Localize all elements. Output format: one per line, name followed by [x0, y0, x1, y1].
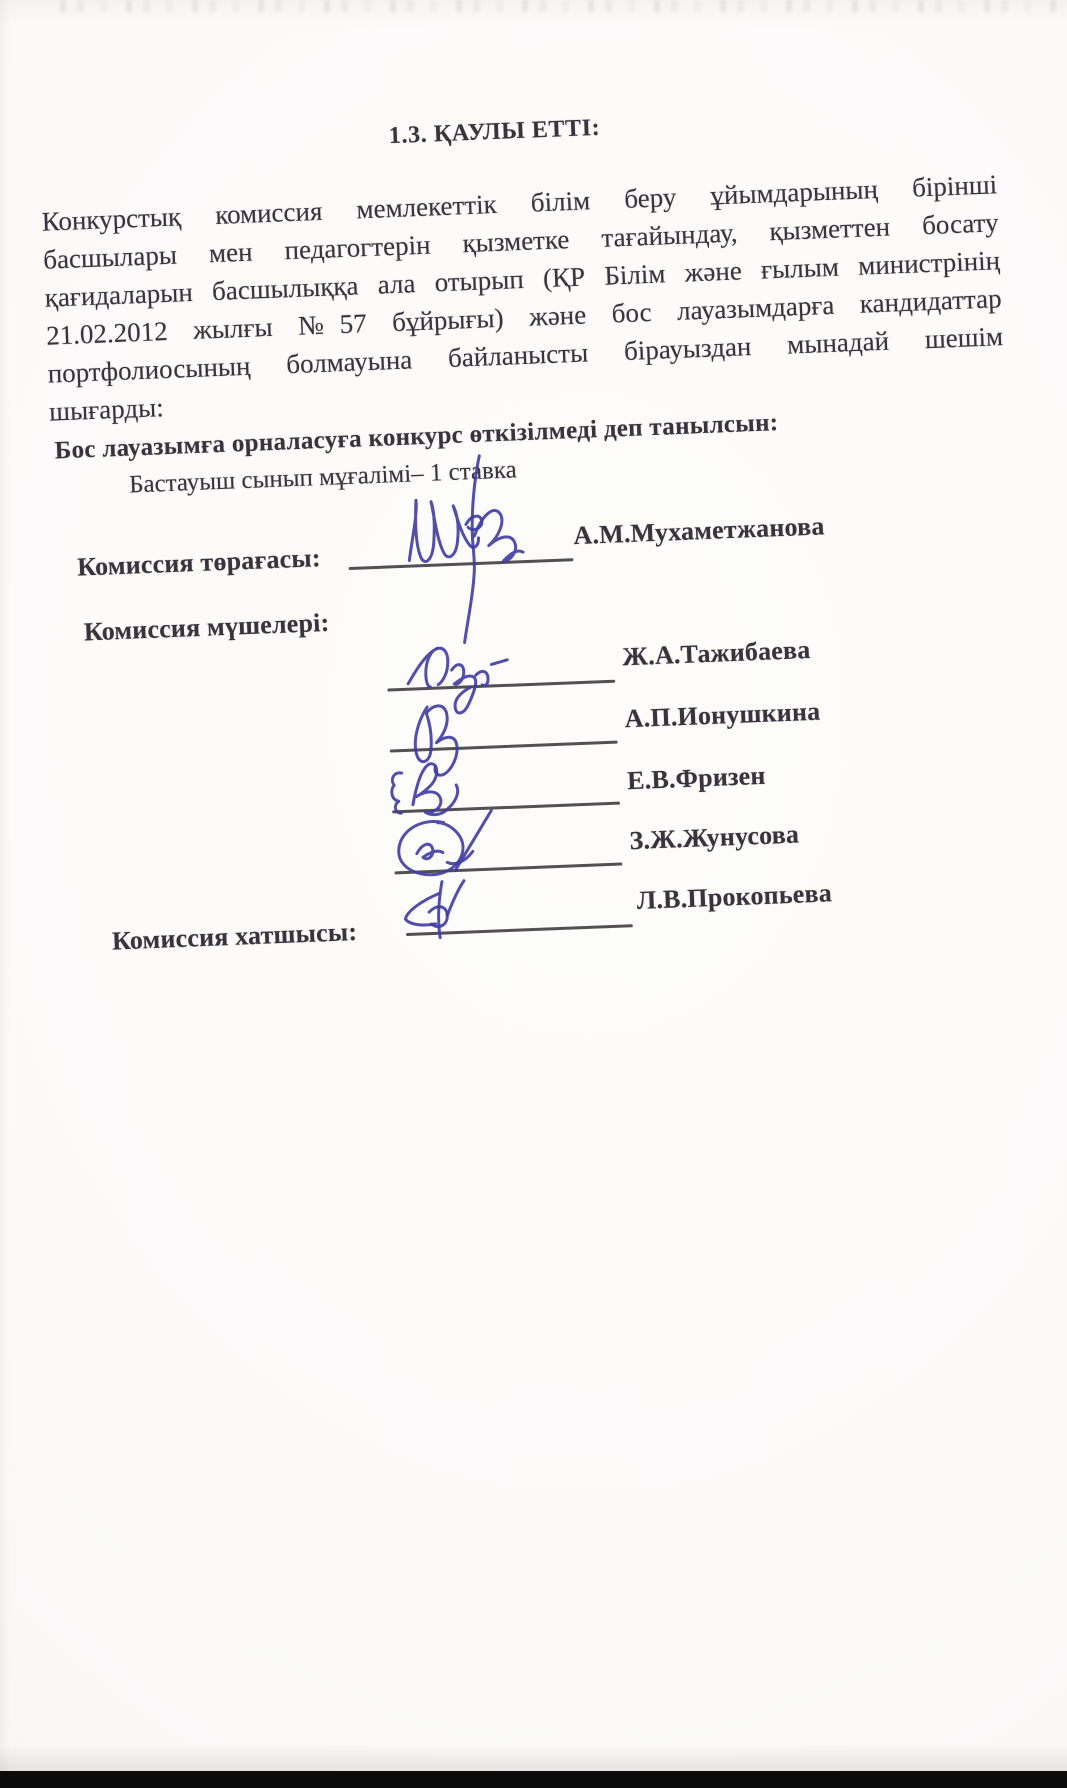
member-name: Е.В.Фризен [627, 760, 767, 797]
document-content: 1.3. ҚАУЛЫ ЕТТІ: Конкурстық комиссия мем… [0, 0, 1067, 1213]
secretary-name: Л.В.Прокопьева [636, 877, 832, 917]
scanned-document-page: 1.3. ҚАУЛЫ ЕТТІ: Конкурстық комиссия мем… [0, 0, 1067, 1788]
chairman-label: Комиссия төрағасы: [77, 542, 322, 584]
chairman-signature [399, 447, 547, 657]
chairman-name: А.М.Мухаметжанова [573, 510, 825, 552]
resolution-paragraph: Конкурстық комиссия мемлекеттік білім бе… [41, 165, 1005, 430]
member-name: А.П.Ионушкина [624, 696, 821, 736]
member-name: З.Ж.Жунусова [629, 819, 800, 858]
secretary-label: Комиссия хатшысы: [111, 916, 357, 958]
paper-bottom-shadow [0, 1744, 1067, 1771]
scan-bottom-black-bar [0, 1771, 1067, 1788]
members-label: Комиссия мүшелері: [83, 607, 330, 649]
secretary-signature-prokopyeva [394, 872, 487, 951]
section-title: 1.3. ҚАУЛЫ ЕТТІ: [0, 96, 1003, 168]
member-name: Ж.А.Тажибаева [622, 634, 811, 673]
